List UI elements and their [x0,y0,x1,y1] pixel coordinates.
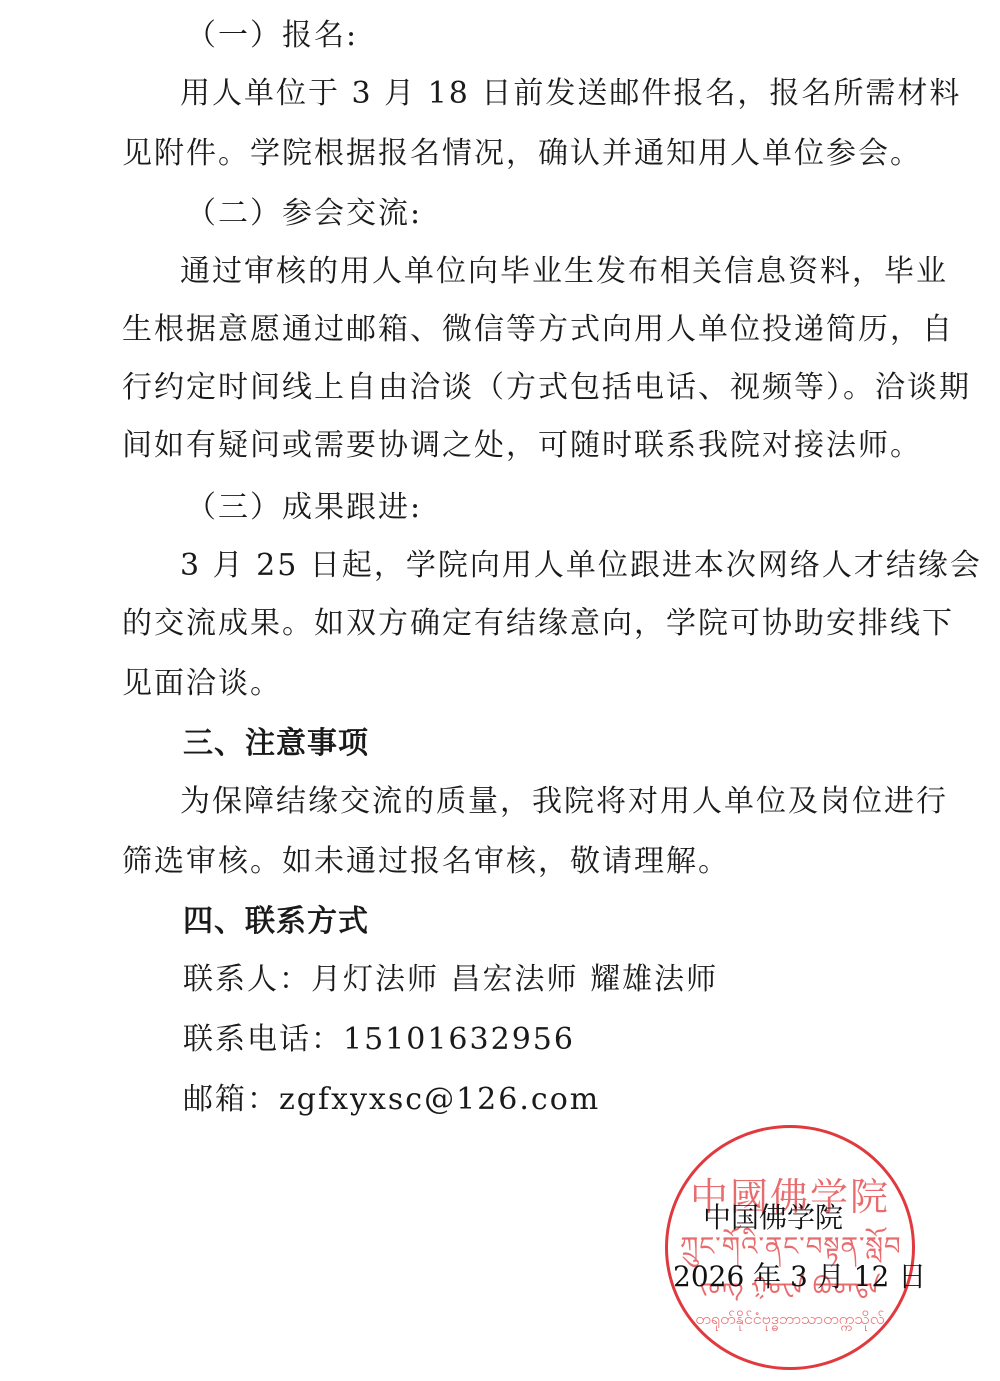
paragraph-line: 的交流成果。如双方确定有结缘意向，学院可协助安排线下 [122,606,954,642]
contact-persons: 联系人：月灯法师 昌宏法师 耀雄法师 [183,962,718,998]
paragraph-line: 生根据意愿通过邮箱、微信等方式向用人单位投递简历，自 [122,312,954,348]
signature-organization: 中国佛学院 [703,1196,843,1236]
paragraph-line: 用人单位于 3 月 18 日前发送邮件报名，报名所需材料 [180,76,961,112]
contact-email: 邮箱：zgfxyxsc@126.com [183,1082,600,1118]
signature-date: 2026 年 3 月 12 日 [673,1255,926,1295]
subsection-title-registration: （一）报名: [186,18,358,54]
paragraph-line: 行约定时间线上自由洽谈（方式包括电话、视频等）。洽谈期 [122,370,971,406]
official-seal-stamp: 中國佛学院 ཀྲུང་གོའི་ནང་བསྟན་སློབ་གླིང་། ᠵᠤᠩ … [665,1125,915,1370]
section-title-notes: 三、注意事项 [183,726,369,762]
contact-phone: 联系电话：15101632956 [183,1022,575,1058]
paragraph-line: 3 月 25 日起，学院向用人单位跟进本次网络人才结缘会 [180,548,982,584]
section-title-contact: 四、联系方式 [183,904,369,940]
paragraph-line: 为保障结缘交流的质量，我院将对用人单位及岗位进行 [180,784,948,820]
stamp-burmese-text: တရုတ်နိုင်ငံဗုဒ္ဓဘာသာတက္ကသိုလ် [680,1308,900,1332]
paragraph-line: 见面洽谈。 [122,666,282,702]
paragraph-line: 间如有疑问或需要协调之处，可随时联系我院对接法师。 [122,428,922,464]
paragraph-line: 通过审核的用人单位向毕业生发布相关信息资料，毕业 [180,254,948,290]
subsection-title-followup: （三）成果跟进: [186,490,422,526]
subsection-title-exchange: （二）参会交流: [186,196,422,232]
paragraph-line: 见附件。学院根据报名情况，确认并通知用人单位参会。 [122,136,922,172]
paragraph-line: 筛选审核。如未通过报名审核，敬请理解。 [122,844,730,880]
